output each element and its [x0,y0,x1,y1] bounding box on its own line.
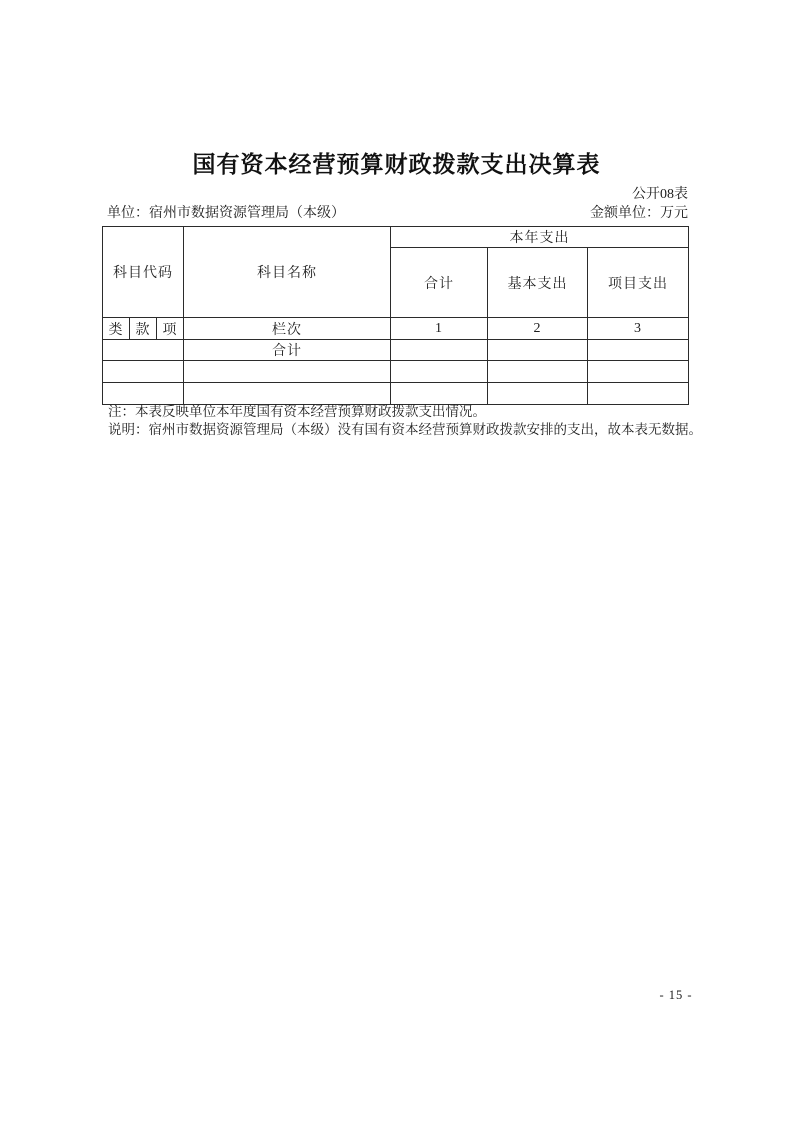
column-number-3: 3 [588,318,689,340]
header-code-clause: 款 [130,318,157,340]
header-subject-name: 科目名称 [184,227,391,318]
note-line: 注：本表反映单位本年度国有资本经营预算财政拨款支出情况。 [108,403,748,421]
expenditure-table: 科目代码 科目名称 本年支出 合计 基本支出 项目支出 类 款 项 栏次 1 2… [102,226,689,405]
header-code-class: 类 [103,318,130,340]
cell-project [588,361,689,383]
header-basic-expenditure: 基本支出 [488,248,588,318]
column-number-1: 1 [391,318,488,340]
cell-name [184,383,391,405]
cell-total [391,383,488,405]
cell-total [391,340,488,361]
column-index-row: 类 款 项 栏次 1 2 3 [103,318,689,340]
cell-basic [488,361,588,383]
header-code-item: 项 [157,318,184,340]
cell-project [588,383,689,405]
header-current-year-expenditure: 本年支出 [391,227,689,248]
table-row [103,383,689,405]
cell-name [184,361,391,383]
amount-unit-label: 金额单位：万元 [590,202,688,222]
column-number-2: 2 [488,318,588,340]
table-row [103,361,689,383]
unit-label: 单位：宿州市数据资源管理局（本级） [102,202,345,222]
table-row: 合计 [103,340,689,361]
header-row-1: 科目代码 科目名称 本年支出 [103,227,689,248]
page-title: 国有资本经营预算财政拨款支出决算表 [0,146,793,179]
explanation-line: 说明：宿州市数据资源管理局（本级）没有国有资本经营预算财政拨款安排的支出，故本表… [108,421,748,439]
cell-code [103,361,184,383]
cell-basic [488,383,588,405]
cell-code [103,340,184,361]
cell-code [103,383,184,405]
header-total: 合计 [391,248,488,318]
cell-name: 合计 [184,340,391,361]
header-subject-code: 科目代码 [103,227,184,318]
cell-total [391,361,488,383]
document-page: 国有资本经营预算财政拨款支出决算表 公开08表 单位：宿州市数据资源管理局（本级… [0,0,793,1122]
page-number: - 15 - [646,988,706,1003]
notes-block: 注：本表反映单位本年度国有资本经营预算财政拨款支出情况。 说明：宿州市数据资源管… [108,403,748,438]
cell-project [588,340,689,361]
unit-info-line: 单位：宿州市数据资源管理局（本级） 金额单位：万元 [102,202,688,222]
cell-basic [488,340,588,361]
header-column-index-label: 栏次 [184,318,391,340]
header-project-expenditure: 项目支出 [588,248,689,318]
form-code-label: 公开08表 [102,183,688,203]
